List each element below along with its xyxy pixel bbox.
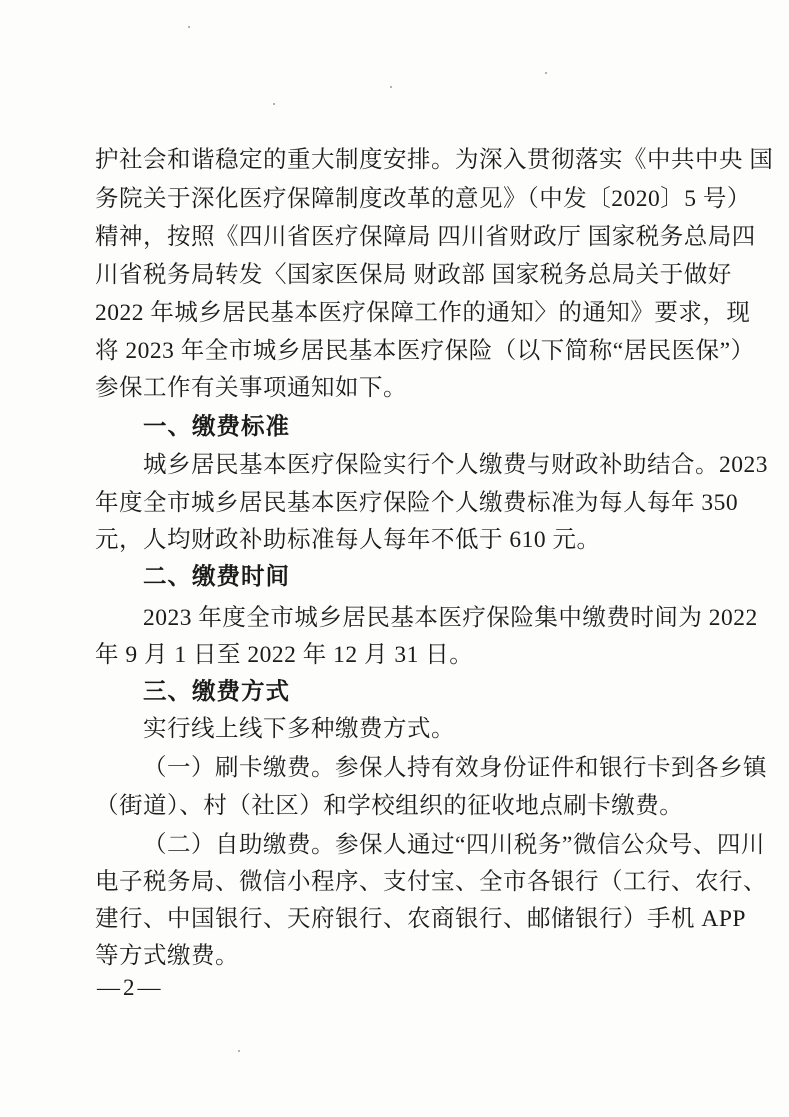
text-line: （一）刷卡缴费。参保人持有效身份证件和银行卡到各乡镇 [95,753,743,783]
text-line: 护社会和谐稳定的重大制度安排。为深入贯彻落实《中共中央 国 [95,145,695,175]
scan-speckle [238,1050,240,1052]
text-line: 等方式缴费。 [95,941,695,971]
page-number: —2— [97,975,164,1001]
text-line: 实行线上线下多种缴费方式。 [95,714,743,744]
text-line: 建行、中国银行、天府银行、农商银行、邮储银行）手机 APP [95,904,695,934]
scan-speckle [390,86,392,88]
text-line: 川省税务局转发〈国家医保局 财政部 国家税务总局关于做好 [95,260,695,290]
section-heading-1: 一、缴费标准 [95,411,743,441]
section-heading-3: 三、缴费方式 [95,676,743,706]
text-line: 电子税务局、微信小程序、支付宝、全市各银行（工行、农行、 [95,867,695,897]
document-page: 护社会和谐稳定的重大制度安排。为深入贯彻落实《中共中央 国 务院关于深化医疗保障… [0,0,789,1117]
text-line: 精神，按照《四川省医疗保障局 四川省财政厅 国家税务总局四 [95,222,695,252]
text-line: 将 2023 年全市城乡居民基本医疗保险（以下简称“居民医保”） [95,336,695,366]
text-line: 城乡居民基本医疗保险实行个人缴费与财政补助结合。2023 [95,450,743,480]
text-line: 年度全市城乡居民基本医疗保险个人缴费标准为每人每年 350 [95,488,695,518]
text-line: 元，人均财政补助标准每人每年不低于 610 元。 [95,525,695,555]
text-line: 2022 年城乡居民基本医疗保障工作的通知〉的通知》要求，现 [95,298,695,328]
text-line: 2023 年度全市城乡居民基本医疗保险集中缴费时间为 2022 [95,603,743,633]
text-line: 年 9 月 1 日至 2022 年 12 月 31 日。 [95,640,695,670]
scan-speckle [545,72,547,74]
text-line: （街道）、村（社区）和学校组织的征收地点刷卡缴费。 [95,791,695,821]
text-line: （二）自助缴费。参保人通过“四川税务”微信公众号、四川 [95,830,743,860]
text-line: 务院关于深化医疗保障制度改革的意见》（中发〔2020〕5 号） [95,184,695,214]
scan-speckle [188,26,190,28]
text-line: 参保工作有关事项通知如下。 [95,373,695,403]
scan-speckle [273,103,275,105]
section-heading-2: 二、缴费时间 [95,561,743,591]
